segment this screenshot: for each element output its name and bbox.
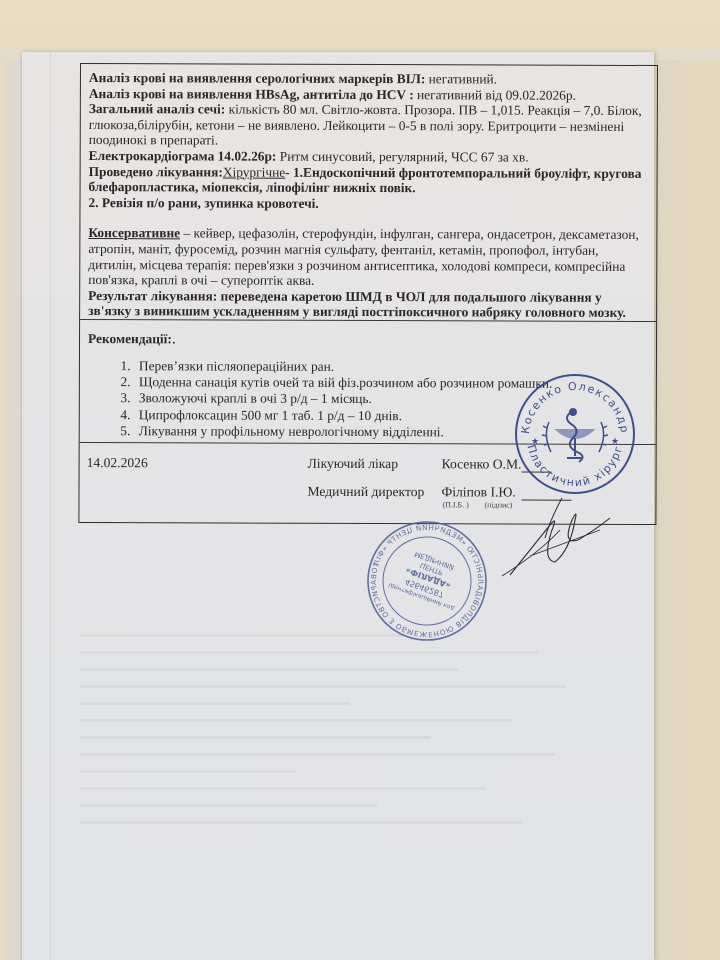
- paper-fold-line: [50, 52, 51, 960]
- attending-role: Лікуючий лікар: [308, 456, 398, 472]
- recommendations-title: Рекомендації:: [88, 331, 172, 346]
- doctor-stamp-graphic: Косенко Олександр Пластичний хірург ★ ★: [513, 372, 637, 496]
- urine-label: Загальний аналіз сечі:: [89, 101, 225, 116]
- svg-text:★: ★: [531, 436, 539, 446]
- clinic-stamp: ТОВАРИСТВО З ОБМЕЖЕНОЮ ВІДПОВІДАЛЬНІСТЮ …: [366, 520, 488, 642]
- hbs-label: Аналіз крові на виявлення HBsAg, антитіл…: [89, 86, 414, 102]
- document-date: 14.02.2026: [87, 455, 148, 471]
- bowl-of-hygieia-icon: [542, 409, 608, 462]
- ecg-value: Ритм синусовий, регулярний, ЧСС 67 за хв…: [276, 149, 528, 165]
- hbs-value: негативний від 09.02.2026р.: [414, 87, 576, 103]
- treatment-item-2: 2. Ревізія п/о рани, зупинка кровотечі.: [88, 195, 648, 213]
- doctor-stamp: Косенко Олександр Пластичний хірург ★ ★: [513, 372, 637, 496]
- hiv-label: Аналіз крові на виявлення серологічних м…: [89, 70, 425, 86]
- svg-text:★: ★: [611, 436, 619, 446]
- treatment-label: Проведено лікування:: [89, 164, 223, 179]
- conservative-label: Консервативне: [88, 225, 180, 240]
- recommendations-title-suffix: .: [172, 330, 176, 347]
- signature-graphic: [500, 490, 620, 580]
- table-surface: [0, 0, 720, 60]
- handwritten-signature: [500, 490, 620, 585]
- treatment: Проведено лікування:Хірургічне- 1.Ендоск…: [89, 164, 649, 197]
- urine-test: Загальний аналіз сечі: кількість 80 мл. …: [89, 101, 649, 150]
- attending-name: Косенко О.М.: [442, 456, 522, 472]
- hiv-value: негативний.: [425, 71, 497, 86]
- ecg-label: Електрокардіограма 14.02.26р:: [89, 148, 277, 164]
- findings-section: Аналіз крові на виявлення серологічних м…: [80, 64, 657, 322]
- treatment-type: Хірургічне: [223, 164, 285, 179]
- treatment-result: Результат лікування: переведена каретою …: [88, 288, 648, 321]
- clinic-stamp-graphic: ТОВАРИСТВО З ОБМЕЖЕНОЮ ВІДПОВІДАЛЬНІСТЮ …: [366, 520, 488, 642]
- director-role: Медичний директор: [307, 484, 424, 500]
- caption-name: (П.І.Б. ): [442, 500, 468, 509]
- conservative-treatment: Консервативне – кейвер, цефазолін, стеро…: [88, 225, 648, 289]
